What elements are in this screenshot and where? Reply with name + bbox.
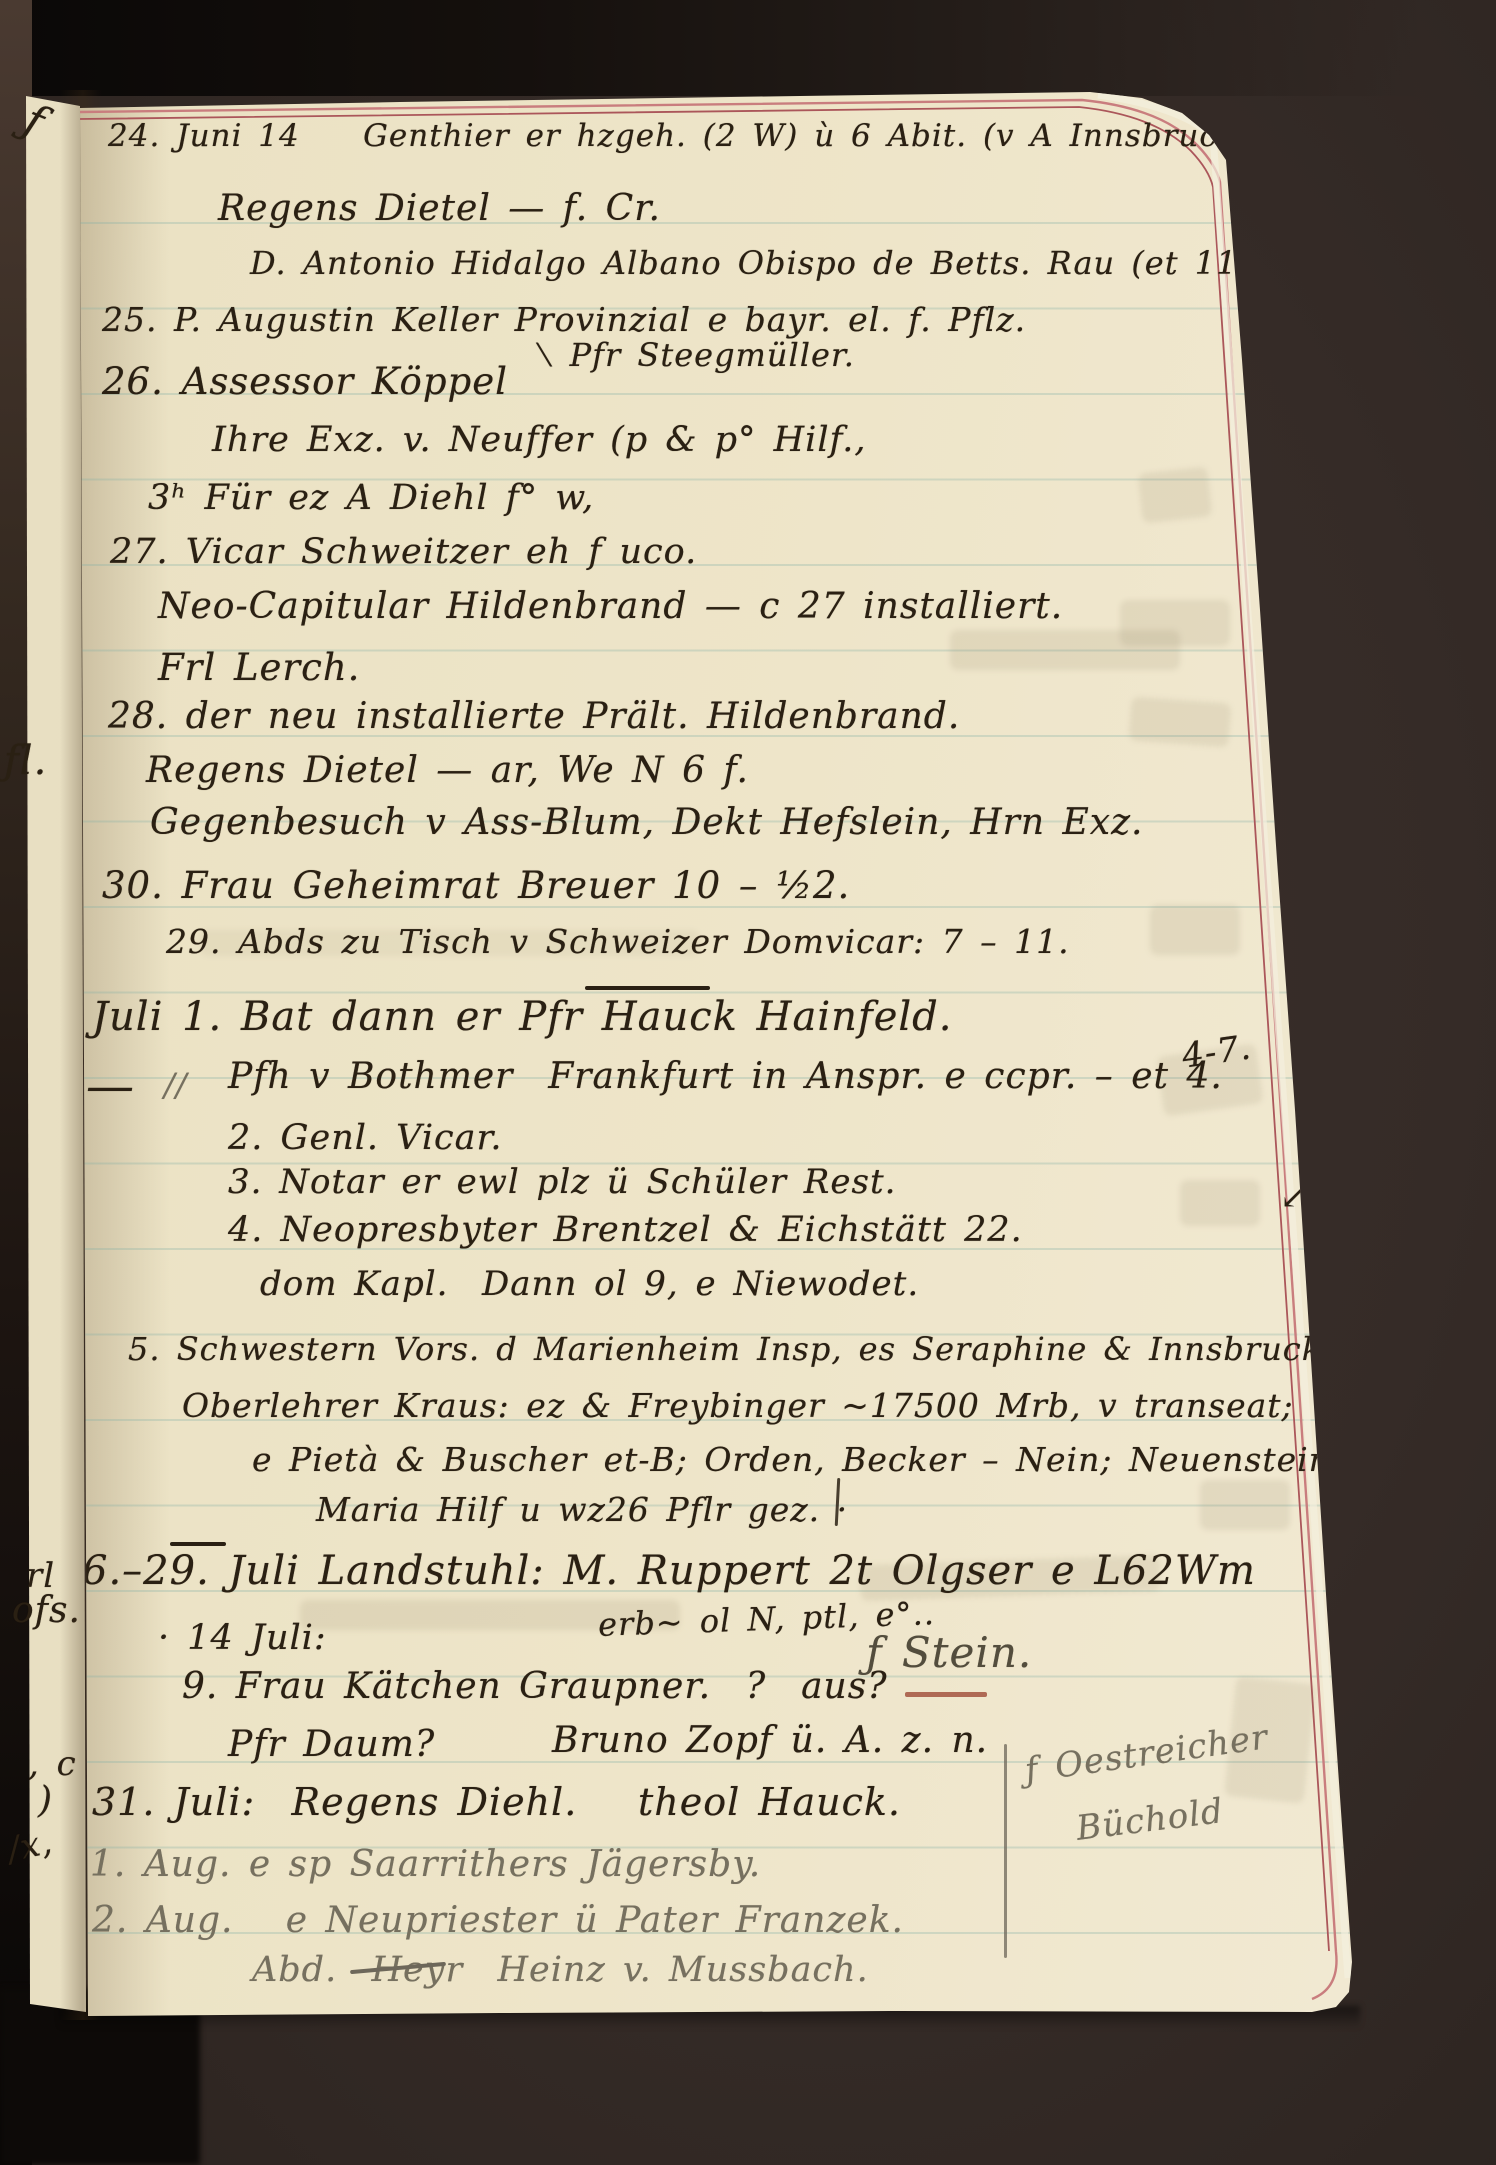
entry-theol-hauck: theol Hauck. xyxy=(638,1780,901,1824)
entry-24-juni: 24. Juni 14 Genthier er hzgeh. (2 W) ù 6… xyxy=(108,118,1261,154)
entry-9-graupner: 9. Frau Kätchen Graupner. ? aus? xyxy=(182,1666,888,1707)
entry-fuer-diehl: 3ʰ Für ez A Diehl f° w, xyxy=(148,478,594,518)
entry-26-koeppel: 26. Assessor Köppel xyxy=(102,360,508,403)
prev-page-fragment: ) xyxy=(38,1780,53,1821)
entry-14-juli: · 14 Juli: xyxy=(158,1618,327,1658)
pencil-slashes: ∕∕ xyxy=(164,1066,188,1104)
entry-25-keller: 25. P. Augustin Keller Provinzial e bayr… xyxy=(102,300,1026,339)
entry-neo-capitular: Neo-Capitular Hildenbrand — c 27 install… xyxy=(158,586,1063,627)
entry-maria-hilf: Maria Hilf u wz26 Pflr gez. · xyxy=(316,1490,848,1529)
entry-bothmer: Pfh v Bothmer Frankfurt in Anspr. e ccpr… xyxy=(228,1056,1223,1097)
entry-2-aug: 2. Aug. e Neupriester ü Pater Franzek. xyxy=(92,1900,904,1941)
entry-regens-dietel-2: Regens Dietel — ar, We N 6 f. xyxy=(146,750,749,791)
prev-page-fragment: ƒl. xyxy=(4,738,47,784)
bleed-through-smudge xyxy=(1138,466,1213,523)
entry-antonio-obispo: D. Antonio Hidalgo Albano Obispo de Bett… xyxy=(250,244,1262,282)
bleed-through-smudge xyxy=(1150,905,1240,955)
entry-28-hildenbrand: 28. der neu installierte Prält. Hildenbr… xyxy=(108,696,960,737)
entry-exz-neuffer: Ihre Exz. v. Neuffer (p & p° Hilf., xyxy=(212,420,867,460)
entry-frl-lerch: Frl Lerch. xyxy=(158,646,360,689)
bleed-through-smudge xyxy=(1180,1180,1260,1226)
dash-mark: — xyxy=(86,1058,135,1114)
book-top-shadow xyxy=(0,0,1496,96)
entry-oberlehrer-kraus: Oberlehrer Kraus: ez & Freybinger ~17500… xyxy=(182,1386,1294,1425)
entry-dom-kapl: dom Kapl. Dann ol 9, e Niewodet. xyxy=(260,1264,919,1304)
entry-2-genl-vicar: 2. Genl. Vicar. xyxy=(228,1118,503,1158)
entry-bruno-zopf: Bruno Zopf ü. A. z. n. xyxy=(552,1720,988,1761)
entry-juli-1: Juli 1. Bat dann er Pfr Hauck Hainfeld. xyxy=(92,994,952,1040)
bleed-through-smudge xyxy=(1200,1480,1290,1530)
entry-1-aug: 1. Aug. e sp Saarrithers Jägersby. xyxy=(90,1844,761,1885)
entry-29-abds: 29. Abds zu Tisch v Schweizer Domvicar: … xyxy=(166,922,1070,961)
notebook-page: 24. Juni 14 Genthier er hzgeh. (2 W) ù 6… xyxy=(0,0,1496,2165)
entry-5-schwestern: 5. Schwestern Vors. d Marienheim Insp, e… xyxy=(128,1330,1333,1368)
overline-juli xyxy=(170,1542,226,1546)
entry-30-breuer: 30. Frau Geheimrat Breuer 10 – ½2. xyxy=(102,864,850,907)
entry-27-schweitzer: 27. Vicar Schweitzer eh f uco. xyxy=(110,532,697,572)
entry-abd-heinz: Abd. Heyr Heinz v. Mussbach. xyxy=(252,1950,869,1990)
notebook-photo: ƒ ƒl. rl ofs. , c ) /x, 24. Juni 14 Gent… xyxy=(0,0,1496,2165)
entry-gegenbesuch: Gegenbesuch v Ass-Blum, Dekt Hefslein, H… xyxy=(150,802,1144,843)
entry-31-juli: 31. Juli: Regens Diehl. xyxy=(92,1780,577,1824)
entry-landstuhl: 6.–29. Juli Landstuhl: M. Ruppert 2t Olg… xyxy=(82,1548,1256,1594)
margin-note-stein: ƒ Stein. xyxy=(866,1628,1032,1677)
stein-red-underline xyxy=(905,1692,987,1697)
margin-arrow-mark: ↙ xyxy=(1280,1178,1308,1216)
bleed-through-smudge xyxy=(1129,697,1232,748)
entry-regens-dietel: Regens Dietel — f. Cr. xyxy=(218,188,661,229)
entry-steegmueller: ⟍ Pfr Steegmüller. xyxy=(530,336,855,375)
entry-4-neopresbyter: 4. Neopresbyter Brentzel & Eichstätt 22. xyxy=(228,1210,1023,1250)
entry-pfr-daum: Pfr Daum? xyxy=(228,1724,435,1765)
pencil-vertical-line xyxy=(1004,1744,1007,1958)
bleed-through-smudge xyxy=(950,630,1180,670)
overline-hauck xyxy=(585,986,710,990)
entry-pieta-buscher: e Pietà & Buscher et-B; Orden, Becker – … xyxy=(252,1440,1331,1479)
entry-3-notar: 3. Notar er ewl plz ü Schüler Rest. xyxy=(228,1162,896,1202)
